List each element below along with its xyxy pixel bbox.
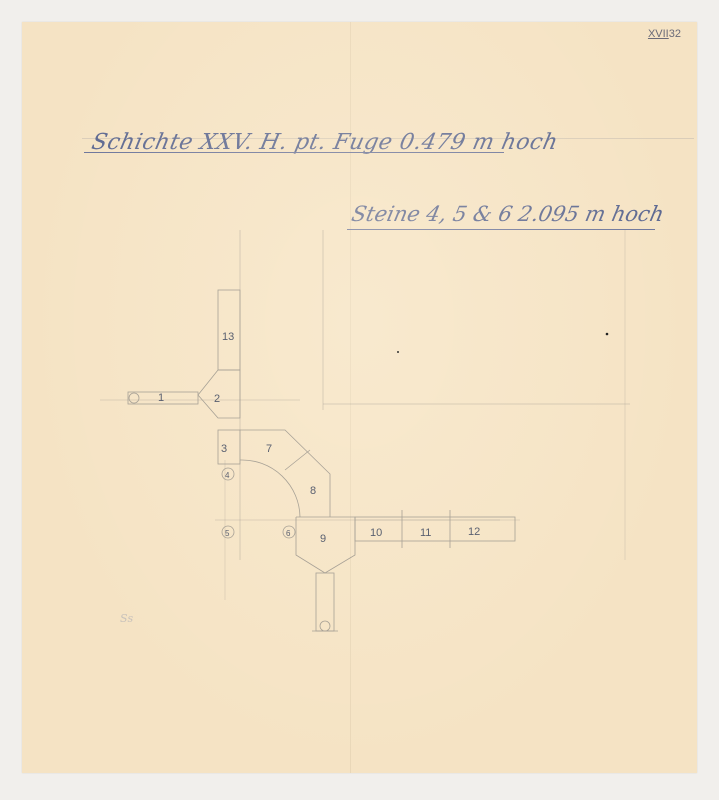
- stone-label-1: 1: [158, 392, 164, 404]
- stone-label-4: 4: [225, 471, 230, 480]
- stone-label-11: 11: [420, 527, 431, 539]
- stone-label-13: 13: [222, 331, 234, 343]
- stone-label-3: 3: [221, 443, 227, 455]
- stone-label-2: 2: [214, 393, 220, 405]
- stone-label-8: 8: [310, 485, 316, 497]
- stone-label-5: 5: [225, 529, 230, 538]
- stone-label-12: 12: [468, 526, 480, 538]
- stone-label-10: 10: [370, 527, 382, 539]
- stone-label-9: 9: [320, 533, 326, 545]
- speck: [606, 333, 609, 336]
- marginal-mark: Ss: [120, 612, 134, 625]
- stone-layout-drawing: 1 2 3 4 5 6 7 8 9 10 11 12 13 Ss: [0, 0, 719, 800]
- speck: [397, 351, 399, 353]
- stone-label-7: 7: [266, 443, 272, 455]
- stone-label-6: 6: [286, 529, 291, 538]
